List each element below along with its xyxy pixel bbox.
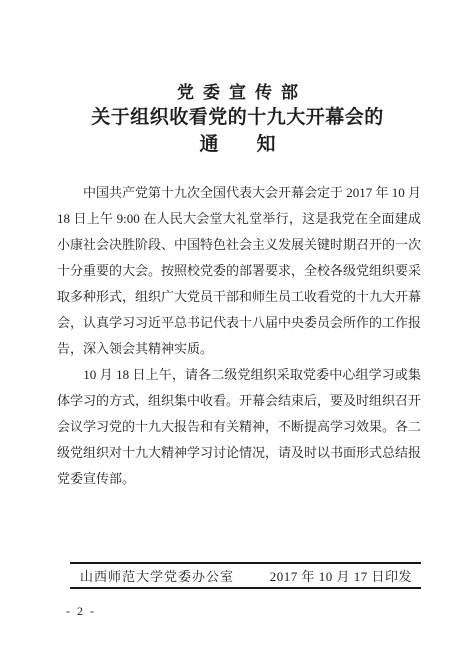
title-department: 党委宣传部 — [0, 78, 475, 103]
body-line: 取多种形式，组织广大党员干部和师生员工收看党的十九大开幕 — [57, 284, 421, 310]
title-subject: 关于组织收看党的十九大开幕会的 — [0, 102, 475, 129]
body-line: 十分重要的大会。按照校党委的部署要求，全校各级党组织要采 — [57, 258, 421, 284]
body-line: 会议学习党的十九大报告和有关精神，不断提高学习效果。各二 — [57, 414, 421, 440]
title-doc-type: 通 知 — [0, 129, 475, 156]
document-page: 党委宣传部 关于组织收看党的十九大开幕会的 通 知 中国共产党第十九次全国代表大… — [0, 0, 475, 672]
footer-rule-top — [70, 562, 421, 564]
body-line: 党委宣传部。 — [57, 466, 421, 492]
footer-issuer: 山西师范大学党委办公室 — [80, 566, 234, 585]
footer-print-date: 2017 年 10 月 17 日印发 — [270, 566, 412, 585]
page-number: - 2 - — [66, 604, 96, 619]
footer-row: 山西师范大学党委办公室 2017 年 10 月 17 日印发 — [70, 566, 421, 585]
body-line: 会，认真学习习近平总书记代表十八届中央委员会所作的工作报 — [57, 310, 421, 336]
body-line: 10 月 18 日上午，请各二级党组织采取党委中心组学习或集 — [57, 362, 421, 388]
body-line: 小康社会决胜阶段、中国特色社会主义发展关键时期召开的一次 — [57, 232, 421, 258]
body-line: 告，深入领会其精神实质。 — [57, 336, 421, 362]
body-line: 中国共产党第十九次全国代表大会开幕会定于 2017 年 10 月 — [57, 180, 421, 206]
body-line: 18 日上午 9:00 在人民大会堂大礼堂举行，这是我党在全面建成 — [57, 206, 421, 232]
body-line: 级党组织对十九大精神学习讨论情况，请及时以书面形式总结报 — [57, 440, 421, 466]
body-line: 体学习的方式，组织集中收看。开幕会结束后，要及时组织召开 — [57, 388, 421, 414]
footer-rule-bottom — [70, 587, 421, 589]
body-text: 中国共产党第十九次全国代表大会开幕会定于 2017 年 10 月 18 日上午 … — [57, 180, 421, 492]
